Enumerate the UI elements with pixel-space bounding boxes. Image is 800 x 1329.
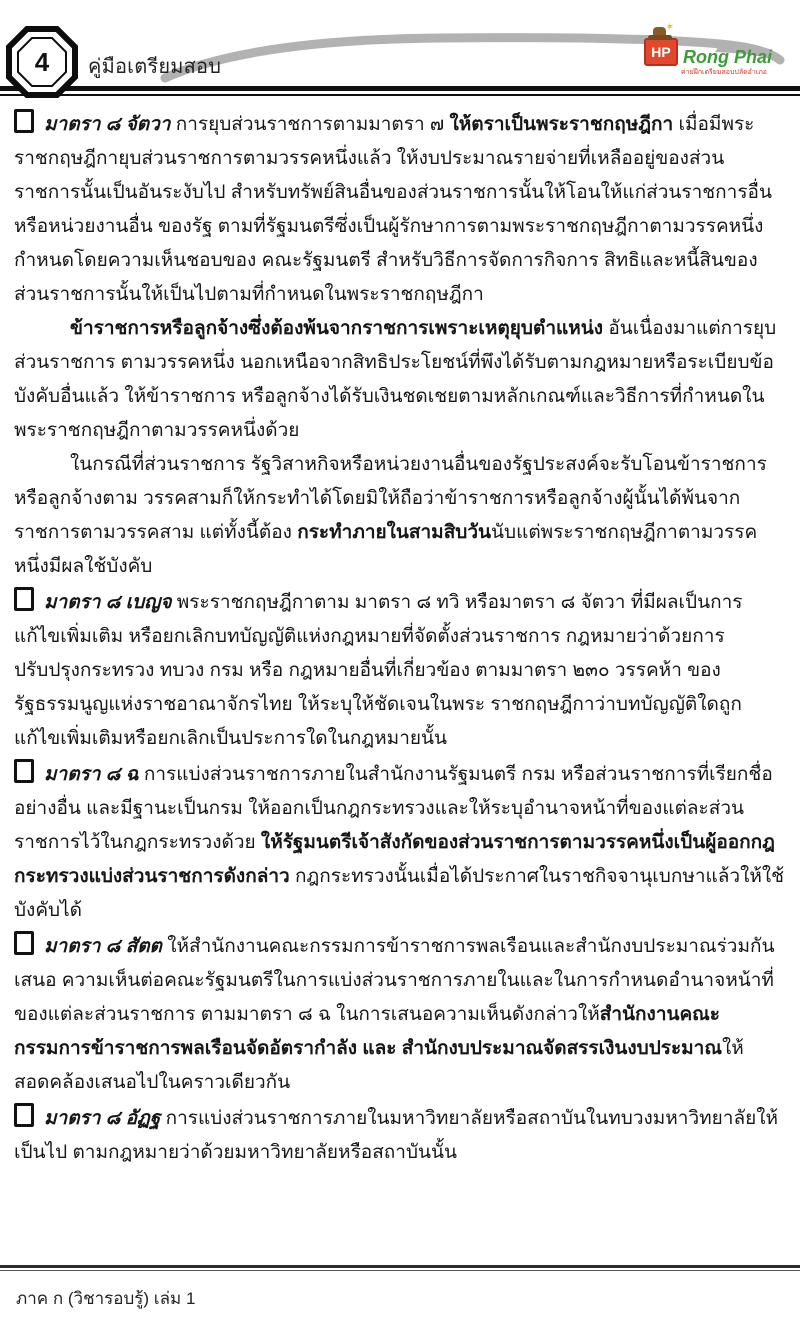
paragraph: ข้าราชการหรือลูกจ้างซึ่งต้องพ้นจากราชการ… — [14, 312, 788, 448]
checkbox-icon — [14, 587, 34, 611]
text-run-emphasis: ให้ตราเป็นพระราชกฤษฎีกา — [449, 114, 678, 135]
text-run-emphasis: กระทำภายในสามสิบวัน — [297, 522, 491, 543]
paragraph: ในกรณีที่ส่วนราชการ รัฐวิสาหกิจหรือหน่วย… — [14, 448, 788, 584]
section-paragraph: มาตรา ๘ จัตวา การยุบส่วนราชการตามมาตรา ๗… — [14, 106, 788, 312]
text-run-emphasis: ข้าราชการหรือลูกจ้างซึ่งต้องพ้นจากราชการ… — [70, 318, 608, 339]
text-run-emphasis: มาตรา ๘ จัตวา — [44, 114, 176, 135]
checkbox-icon — [14, 109, 34, 133]
page-header: 4 คู่มือเตรียมสอบ ✶ HP Rong Phai ค่ายฝึก… — [0, 0, 800, 108]
header-rule-thick — [0, 86, 800, 91]
text-run: พระราชกฤษฎีกาตาม มาตรา ๘ ทวิ หรือมาตรา ๘… — [14, 592, 742, 749]
rongphai-logo: ✶ HP Rong Phai ค่ายฝึกเตรียมสอบปลัดอำเภอ — [644, 38, 784, 84]
checkbox-icon — [14, 931, 34, 955]
page-number: 4 — [35, 47, 50, 77]
logo-tagline: ค่ายฝึกเตรียมสอบปลัดอำเภอ — [681, 67, 784, 78]
section-paragraph: มาตรา ๘ อัฏฐ การแบ่งส่วนราชการภายในมหาวิ… — [14, 1100, 788, 1170]
page-footer: ภาค ก (วิชารอบรู้) เล่ม 1 — [0, 1259, 800, 1329]
page-number-badge: 4 — [6, 26, 78, 98]
section-paragraph: มาตรา ๘ ฉ การแบ่งส่วนราชการภายในสำนักงาน… — [14, 756, 788, 928]
text-run: การยุบส่วนราชการตามมาตรา ๗ — [176, 114, 450, 135]
checkbox-icon — [14, 1103, 34, 1127]
header-title: คู่มือเตรียมสอบ — [88, 50, 221, 82]
rongphai-mascot-icon: ✶ — [648, 26, 672, 40]
footer-rule-thick — [0, 1265, 800, 1268]
hp-logo-letters: HP — [651, 44, 670, 60]
header-rule-thin — [0, 94, 800, 96]
document-body: มาตรา ๘ จัตวา การยุบส่วนราชการตามมาตรา ๗… — [14, 106, 788, 1170]
footer-text: ภาค ก (วิชารอบรู้) เล่ม 1 — [16, 1285, 195, 1312]
text-run-emphasis: มาตรา ๘ อัฏฐ — [44, 1108, 166, 1129]
text-run-emphasis: มาตรา ๘ เบญจ — [44, 592, 177, 613]
checkbox-icon — [14, 759, 34, 783]
logo-brand-name: Rong Phai — [683, 48, 772, 66]
text-run-emphasis: มาตรา ๘ ฉ — [44, 764, 144, 785]
text-run-emphasis: มาตรา ๘ สัตต — [44, 936, 167, 957]
section-paragraph: มาตรา ๘ เบญจ พระราชกฤษฎีกาตาม มาตรา ๘ ทว… — [14, 584, 788, 756]
footer-rule-thin — [0, 1270, 800, 1271]
hp-logo-box: ✶ HP — [644, 38, 678, 66]
text-run: เมื่อมีพระราชกฤษฎีกายุบส่วนราชการตามวรรค… — [14, 114, 772, 305]
section-paragraph: มาตรา ๘ สัตต ให้สำนักงานคณะกรรมการข้าราช… — [14, 928, 788, 1100]
